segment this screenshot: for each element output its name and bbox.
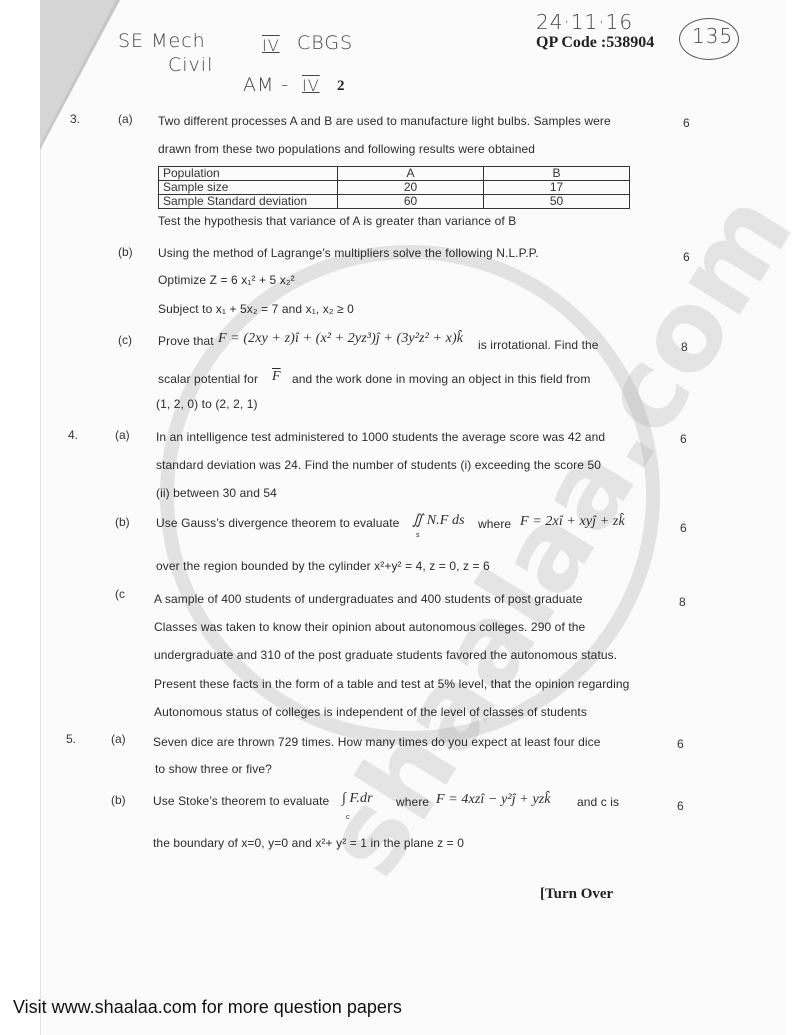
table-cell: B — [484, 167, 630, 181]
handwritten-subject-roman: IV — [302, 76, 320, 95]
vector-field-formula: F = 2xî + xyĵ + zk̂ — [520, 514, 625, 530]
question-text: to show three or five? — [155, 762, 272, 776]
marks: 6 — [677, 799, 684, 813]
question-text: Present these facts in the form of a tab… — [154, 677, 629, 691]
question-text: Test the hypothesis that variance of A i… — [158, 214, 516, 228]
question-text: A sample of 400 students of undergraduat… — [154, 592, 583, 606]
vector-symbol: F — [272, 369, 281, 385]
question-text: where — [396, 795, 429, 809]
question-text: (ii) between 30 and 54 — [156, 486, 277, 500]
question-text: Using the method of Lagrange’s multiplie… — [158, 246, 539, 260]
table-cell: Sample size — [159, 181, 338, 195]
table-header-row: Population A B — [159, 167, 630, 181]
question-text: Use Stoke’s theorem to evaluate — [153, 794, 329, 808]
marks: 6 — [677, 737, 684, 751]
table-row: Sample size 20 17 — [159, 181, 630, 195]
vector-field-formula: F = (2xy + z)î + (x² + 2yz³)ĵ + (3y²z² +… — [218, 331, 463, 347]
question-part-label: (c) — [118, 333, 132, 347]
qp-code: QP Code :538904 — [536, 34, 654, 52]
circled-number: 135 — [692, 24, 733, 48]
line-integral: ∫ F.dr — [342, 791, 373, 807]
integral-subscript: s — [416, 532, 420, 539]
handwritten-course: SE Mech — [118, 30, 206, 52]
handwritten-branch: Civil — [168, 54, 213, 76]
question-text: the boundary of x=0, y=0 and x²+ y² = 1 … — [153, 836, 464, 850]
question-text: Use Gauss’s divergence theorem to evalua… — [156, 516, 399, 530]
question-text: Classes was taken to know their opinion … — [154, 620, 585, 634]
marks: 6 — [680, 432, 687, 446]
question-text: (1, 2, 0) to (2, 2, 1) — [156, 397, 258, 411]
marks: 6 — [680, 521, 687, 535]
question-part-label: (a) — [111, 732, 126, 746]
question-part-label: (a) — [118, 112, 133, 126]
footer-link-text: Visit www.shaalaa.com for more question … — [13, 997, 402, 1018]
question-text: Prove that — [158, 334, 214, 348]
question-text: Two different processes A and B are used… — [158, 114, 611, 128]
question-part-label: (b) — [118, 245, 133, 259]
table-cell: 20 — [338, 181, 484, 195]
marks: 8 — [681, 340, 688, 354]
handwritten-subject: AM - — [243, 74, 289, 96]
question-text: is irrotational. Find the — [478, 338, 599, 352]
handwritten-semester: IV — [262, 36, 280, 55]
question-text: and the work done in moving an object in… — [292, 372, 590, 386]
sample-data-table: Population A B Sample size 20 17 Sample … — [158, 166, 630, 209]
turn-over-label: [Turn Over — [540, 886, 613, 903]
table-cell: 60 — [338, 195, 484, 209]
question-text: standard deviation was 24. Find the numb… — [156, 458, 601, 472]
marks: 6 — [683, 116, 690, 130]
question-text: Optimize Z = 6 x₁² + 5 x₂² — [158, 273, 295, 287]
table-cell: Sample Standard deviation — [159, 195, 338, 209]
question-part-label: (b) — [111, 793, 126, 807]
integral-subscript: c — [346, 814, 350, 821]
question-part-label: (c — [115, 587, 125, 601]
question-number: 4. — [68, 428, 78, 442]
question-text: scalar potential for — [158, 372, 258, 386]
question-number: 5. — [66, 732, 76, 746]
handwritten-scheme: CBGS — [297, 32, 353, 54]
marks: 6 — [683, 250, 690, 264]
page-number: 2 — [337, 78, 345, 95]
question-text: Seven dice are thrown 729 times. How man… — [153, 735, 601, 749]
question-text: over the region bounded by the cylinder … — [156, 559, 490, 573]
question-text: undergraduate and 310 of the post gradua… — [154, 648, 617, 662]
question-text: where — [478, 517, 511, 531]
question-text: In an intelligence test administered to … — [156, 430, 605, 444]
table-cell: Population — [159, 167, 338, 181]
handwritten-date: 24·11·16 — [536, 10, 633, 34]
table-cell: 50 — [484, 195, 630, 209]
table-cell: A — [338, 167, 484, 181]
surface-integral: ∬ N.F ds — [412, 512, 465, 529]
table-cell: 17 — [484, 181, 630, 195]
table-row: Sample Standard deviation 60 50 — [159, 195, 630, 209]
question-text: Subject to x₁ + 5x₂ = 7 and x₁, x₂ ≥ 0 — [158, 302, 354, 316]
question-text: Autonomous status of colleges is indepen… — [154, 705, 587, 719]
question-part-label: (b) — [115, 515, 130, 529]
question-text: drawn from these two populations and fol… — [158, 142, 535, 156]
question-text: and c is — [577, 795, 619, 809]
question-part-label: (a) — [115, 428, 130, 442]
marks: 8 — [679, 595, 686, 609]
vector-field-formula: F = 4xzî − y²ĵ + yzk̂ — [436, 792, 551, 808]
question-number: 3. — [70, 112, 80, 126]
